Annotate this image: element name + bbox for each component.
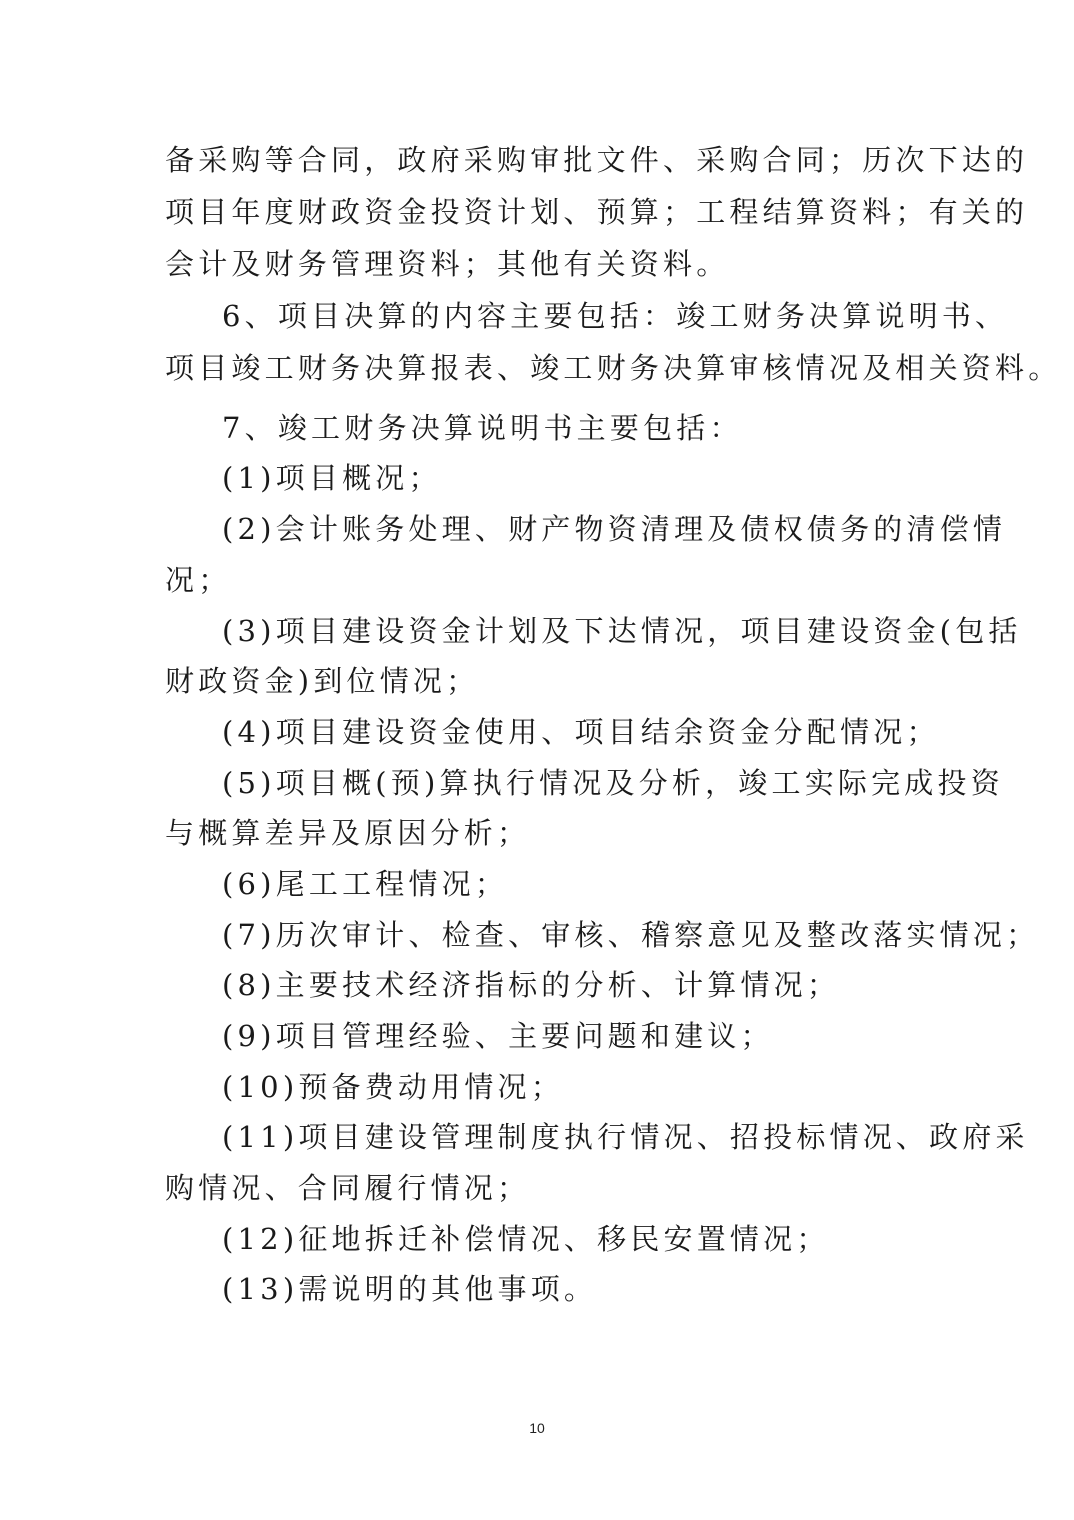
list-item-11: (11)项目建设管理制度执行情况、招投标情况、政府采 [222,1119,1029,1155]
list-item-3-cont: 财政资金)到位情况； [165,663,479,699]
paragraph-line: 项目竣工财务决算报表、竣工财务决算审核情况及相关资料。 [165,350,1061,386]
list-item-1: (1)项目概况； [222,460,442,496]
list-item-9: (9)项目管理经验、主要问题和建议； [222,1018,774,1054]
list-item-5-cont: 与概算差异及原因分析； [165,815,530,851]
list-item-2-cont: 况； [165,562,231,598]
paragraph-line: 会计及财务管理资料；其他有关资料。 [165,246,729,282]
list-item-4: (4)项目建设资金使用、项目结余资金分配情况； [222,714,940,750]
list-item-13: (13)需说明的其他事项。 [222,1271,597,1307]
list-item-8: (8)主要技术经济指标的分析、计算情况； [222,967,840,1003]
paragraph-line: 备采购等合同，政府采购审批文件、采购合同；历次下达的 [165,142,1028,178]
section-7-heading: 7、竣工财务决算说明书主要包括： [222,410,743,446]
document-page: 备采购等合同，政府采购审批文件、采购合同；历次下达的 项目年度财政资金投资计划、… [0,0,1074,1520]
list-item-2: (2)会计账务处理、财产物资清理及债权债务的清偿情 [222,511,1006,547]
list-item-6: (6)尾工工程情况； [222,866,508,902]
list-item-11-cont: 购情况、合同履行情况； [165,1170,530,1206]
list-item-3: (3)项目建设资金计划及下达情况，项目建设资金(包括 [222,613,1022,649]
paragraph-line: 项目年度财政资金投资计划、预算；工程结算资料；有关的 [165,194,1028,230]
list-item-5: (5)项目概(预)算执行情况及分析，竣工实际完成投资 [222,765,1004,801]
list-item-12: (12)征地拆迁补偿情况、移民安置情况； [222,1221,830,1257]
section-6-heading: 6、项目决算的内容主要包括：竣工财务决算说明书、 [222,298,1008,334]
page-number: 10 [0,1420,1074,1436]
list-item-10: (10)预备费动用情况； [222,1069,564,1105]
list-item-7: (7)历次审计、检查、审核、稽察意见及整改落实情况； [222,917,1039,953]
